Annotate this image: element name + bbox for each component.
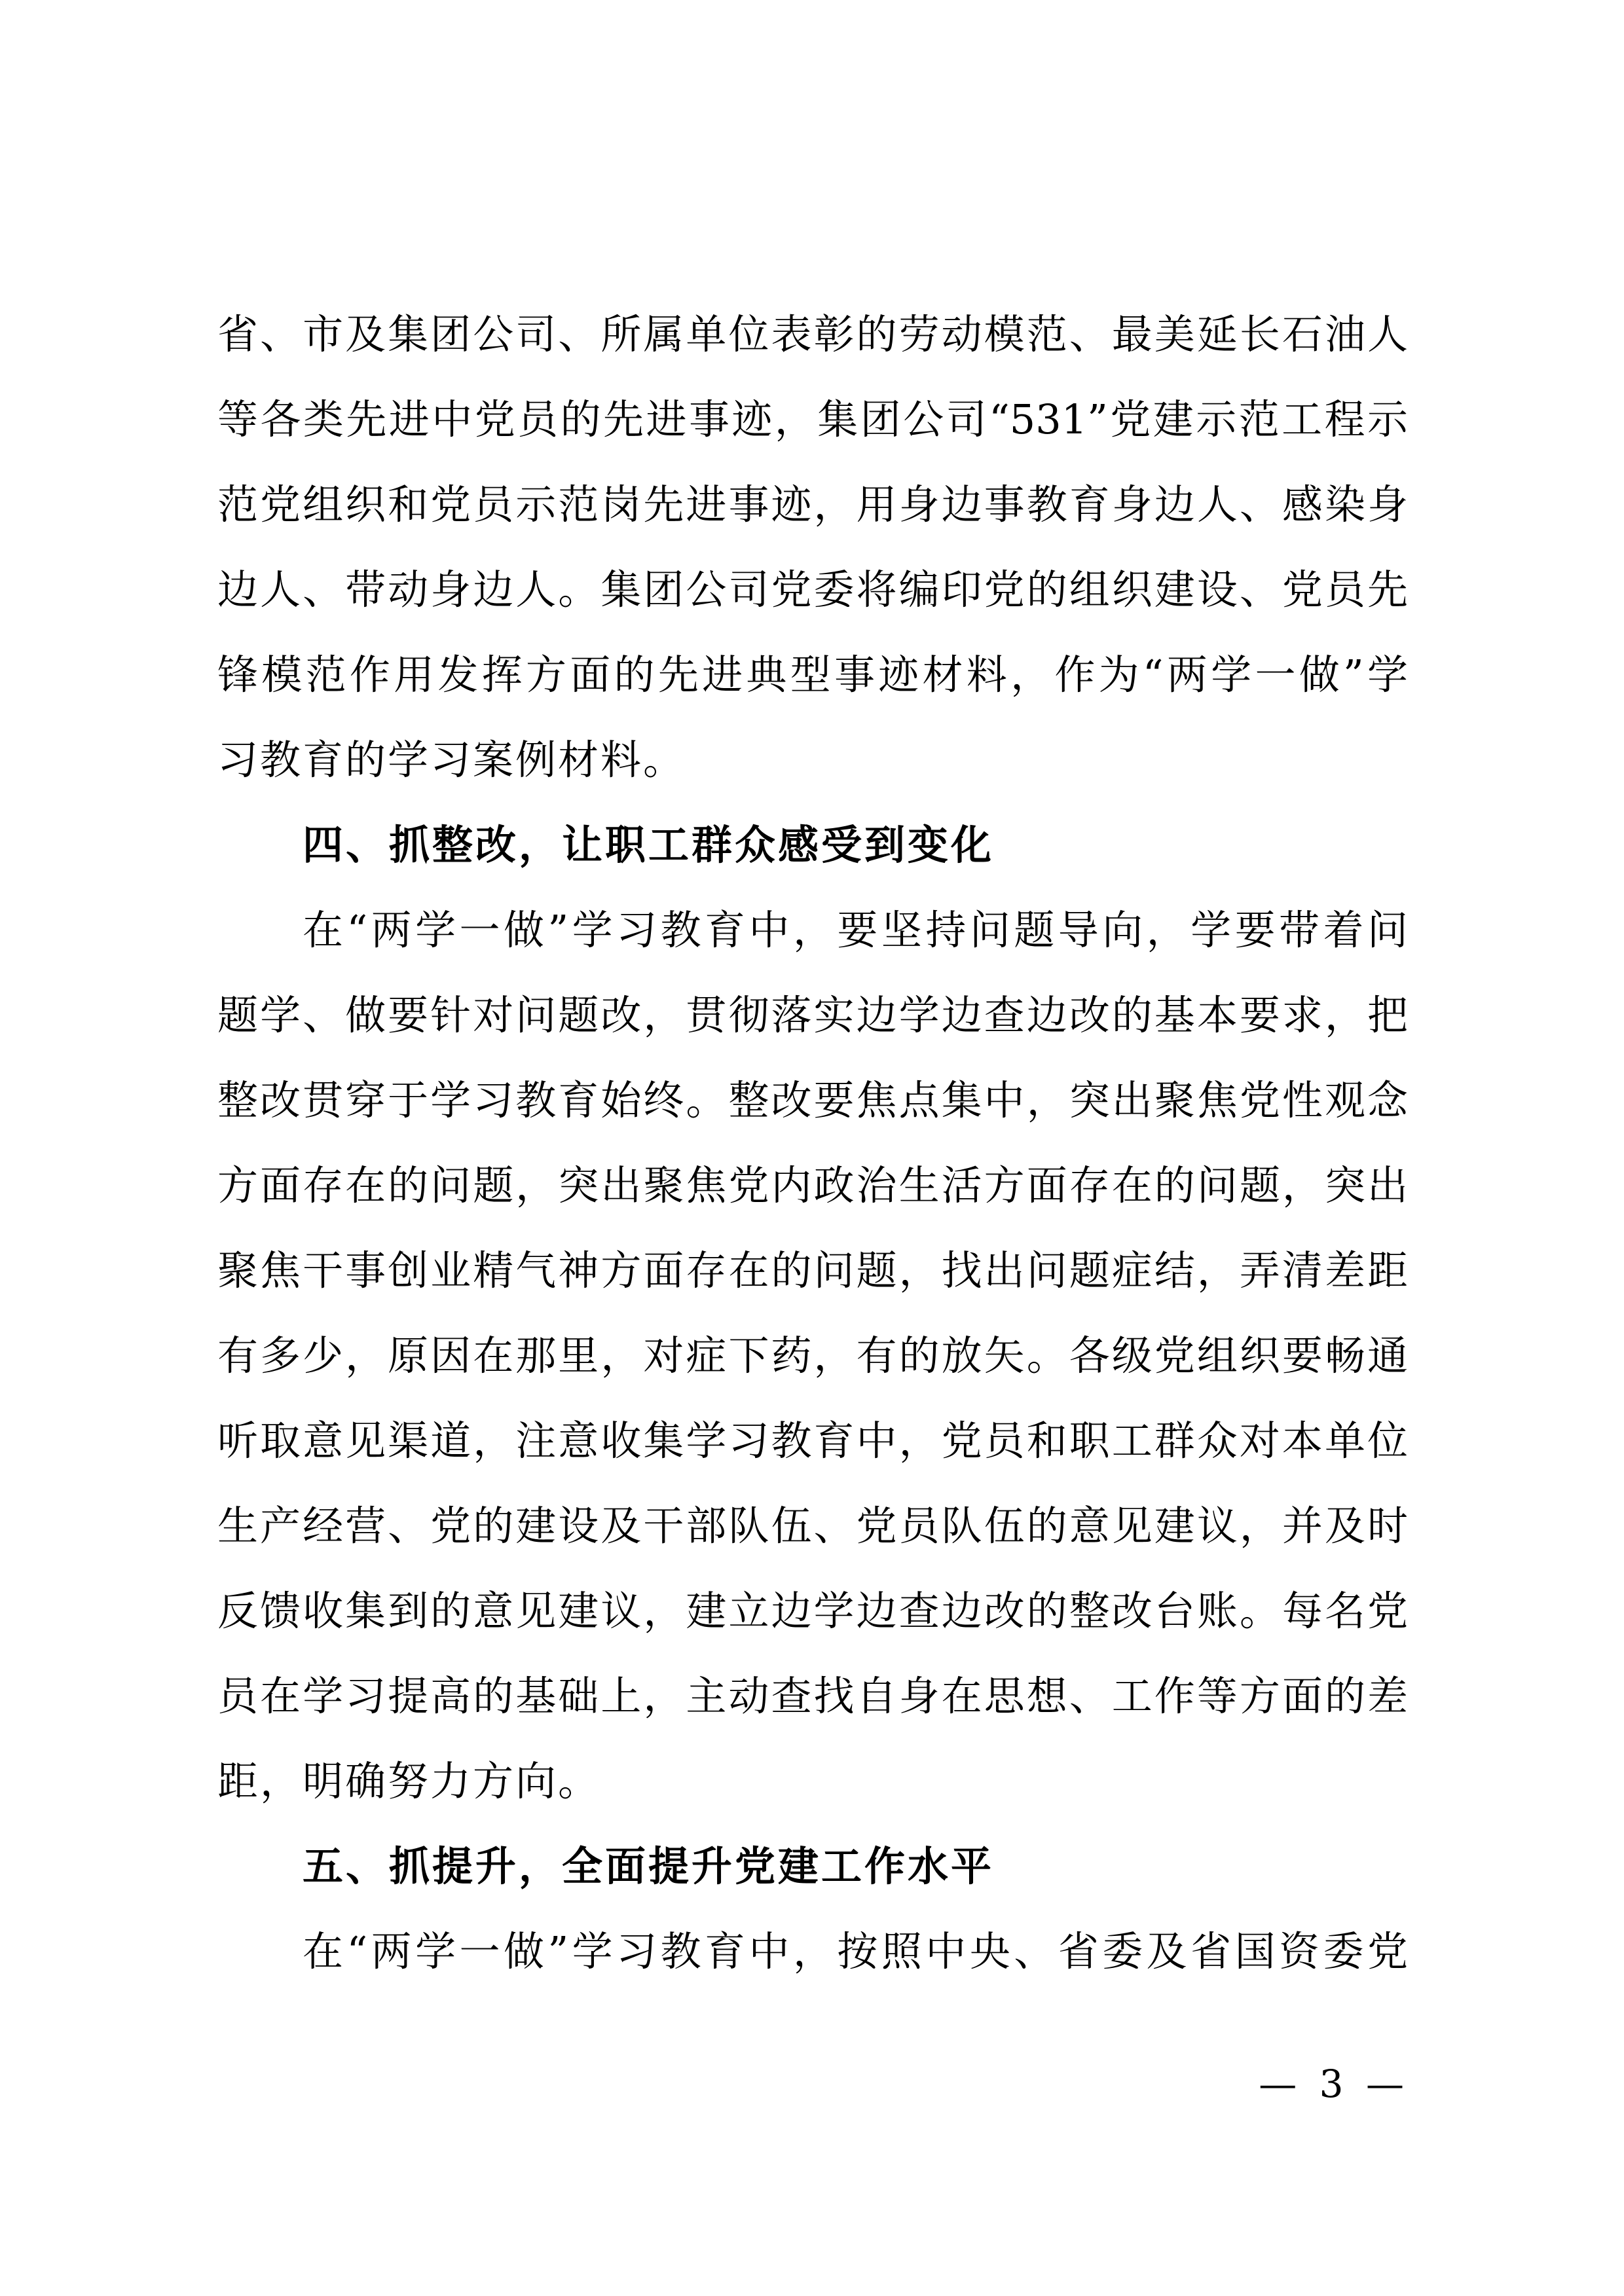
text-line-9: 题学、做要针对问题改，贯彻落实边学边查边改的基本要求，把 [217, 973, 1408, 1058]
section-heading-4: 四、抓整改，让职工群众感受到变化 [217, 803, 1408, 888]
text-line-14: 听取意见渠道，注意收集学习教育中，党员和职工群众对本单位 [217, 1398, 1408, 1484]
text-line-2: 等各类先进中党员的先进事迹，集团公司“531”党建示范工程示 [217, 377, 1408, 462]
text-line-16: 反馈收集到的意见建议，建立边学边查边改的整改台账。每名党 [217, 1569, 1408, 1654]
text-line-18: 距，明确努力方向。 [217, 1739, 1408, 1824]
text-line-13: 有多少，原因在那里，对症下药，有的放矢。各级党组织要畅通 [217, 1313, 1408, 1398]
text-line-20: 在“两学一做”学习教育中，按照中央、省委及省国资委党 [217, 1909, 1408, 1994]
text-line-15: 生产经营、党的建设及干部队伍、党员队伍的意见建议，并及时 [217, 1484, 1408, 1569]
page-number: — 3 — [1259, 2061, 1409, 2107]
document-page: 省、市及集团公司、所属单位表彰的劳动模范、最美延长石油人 等各类先进中党员的先进… [0, 0, 1624, 2296]
document-body: 省、市及集团公司、所属单位表彰的劳动模范、最美延长石油人 等各类先进中党员的先进… [217, 292, 1408, 1994]
text-line-12: 聚焦干事创业精气神方面存在的问题，找出问题症结，弄清差距 [217, 1228, 1408, 1313]
text-line-8: 在“两学一做”学习教育中，要坚持问题导向，学要带着问 [217, 888, 1408, 973]
text-line-6: 习教育的学习案例材料。 [217, 718, 1408, 803]
text-line-4: 边人、带动身边人。集团公司党委将编印党的组织建设、党员先 [217, 547, 1408, 632]
text-line-1: 省、市及集团公司、所属单位表彰的劳动模范、最美延长石油人 [217, 292, 1408, 377]
text-line-11: 方面存在的问题，突出聚焦党内政治生活方面存在的问题，突出 [217, 1143, 1408, 1228]
text-line-10: 整改贯穿于学习教育始终。整改要焦点集中，突出聚焦党性观念 [217, 1058, 1408, 1143]
text-line-3: 范党组织和党员示范岗先进事迹，用身边事教育身边人、感染身 [217, 462, 1408, 547]
section-heading-5: 五、抓提升，全面提升党建工作水平 [217, 1824, 1408, 1909]
text-line-17: 员在学习提高的基础上，主动查找自身在思想、工作等方面的差 [217, 1654, 1408, 1739]
text-line-5: 锋模范作用发挥方面的先进典型事迹材料，作为“两学一做”学 [217, 632, 1408, 718]
